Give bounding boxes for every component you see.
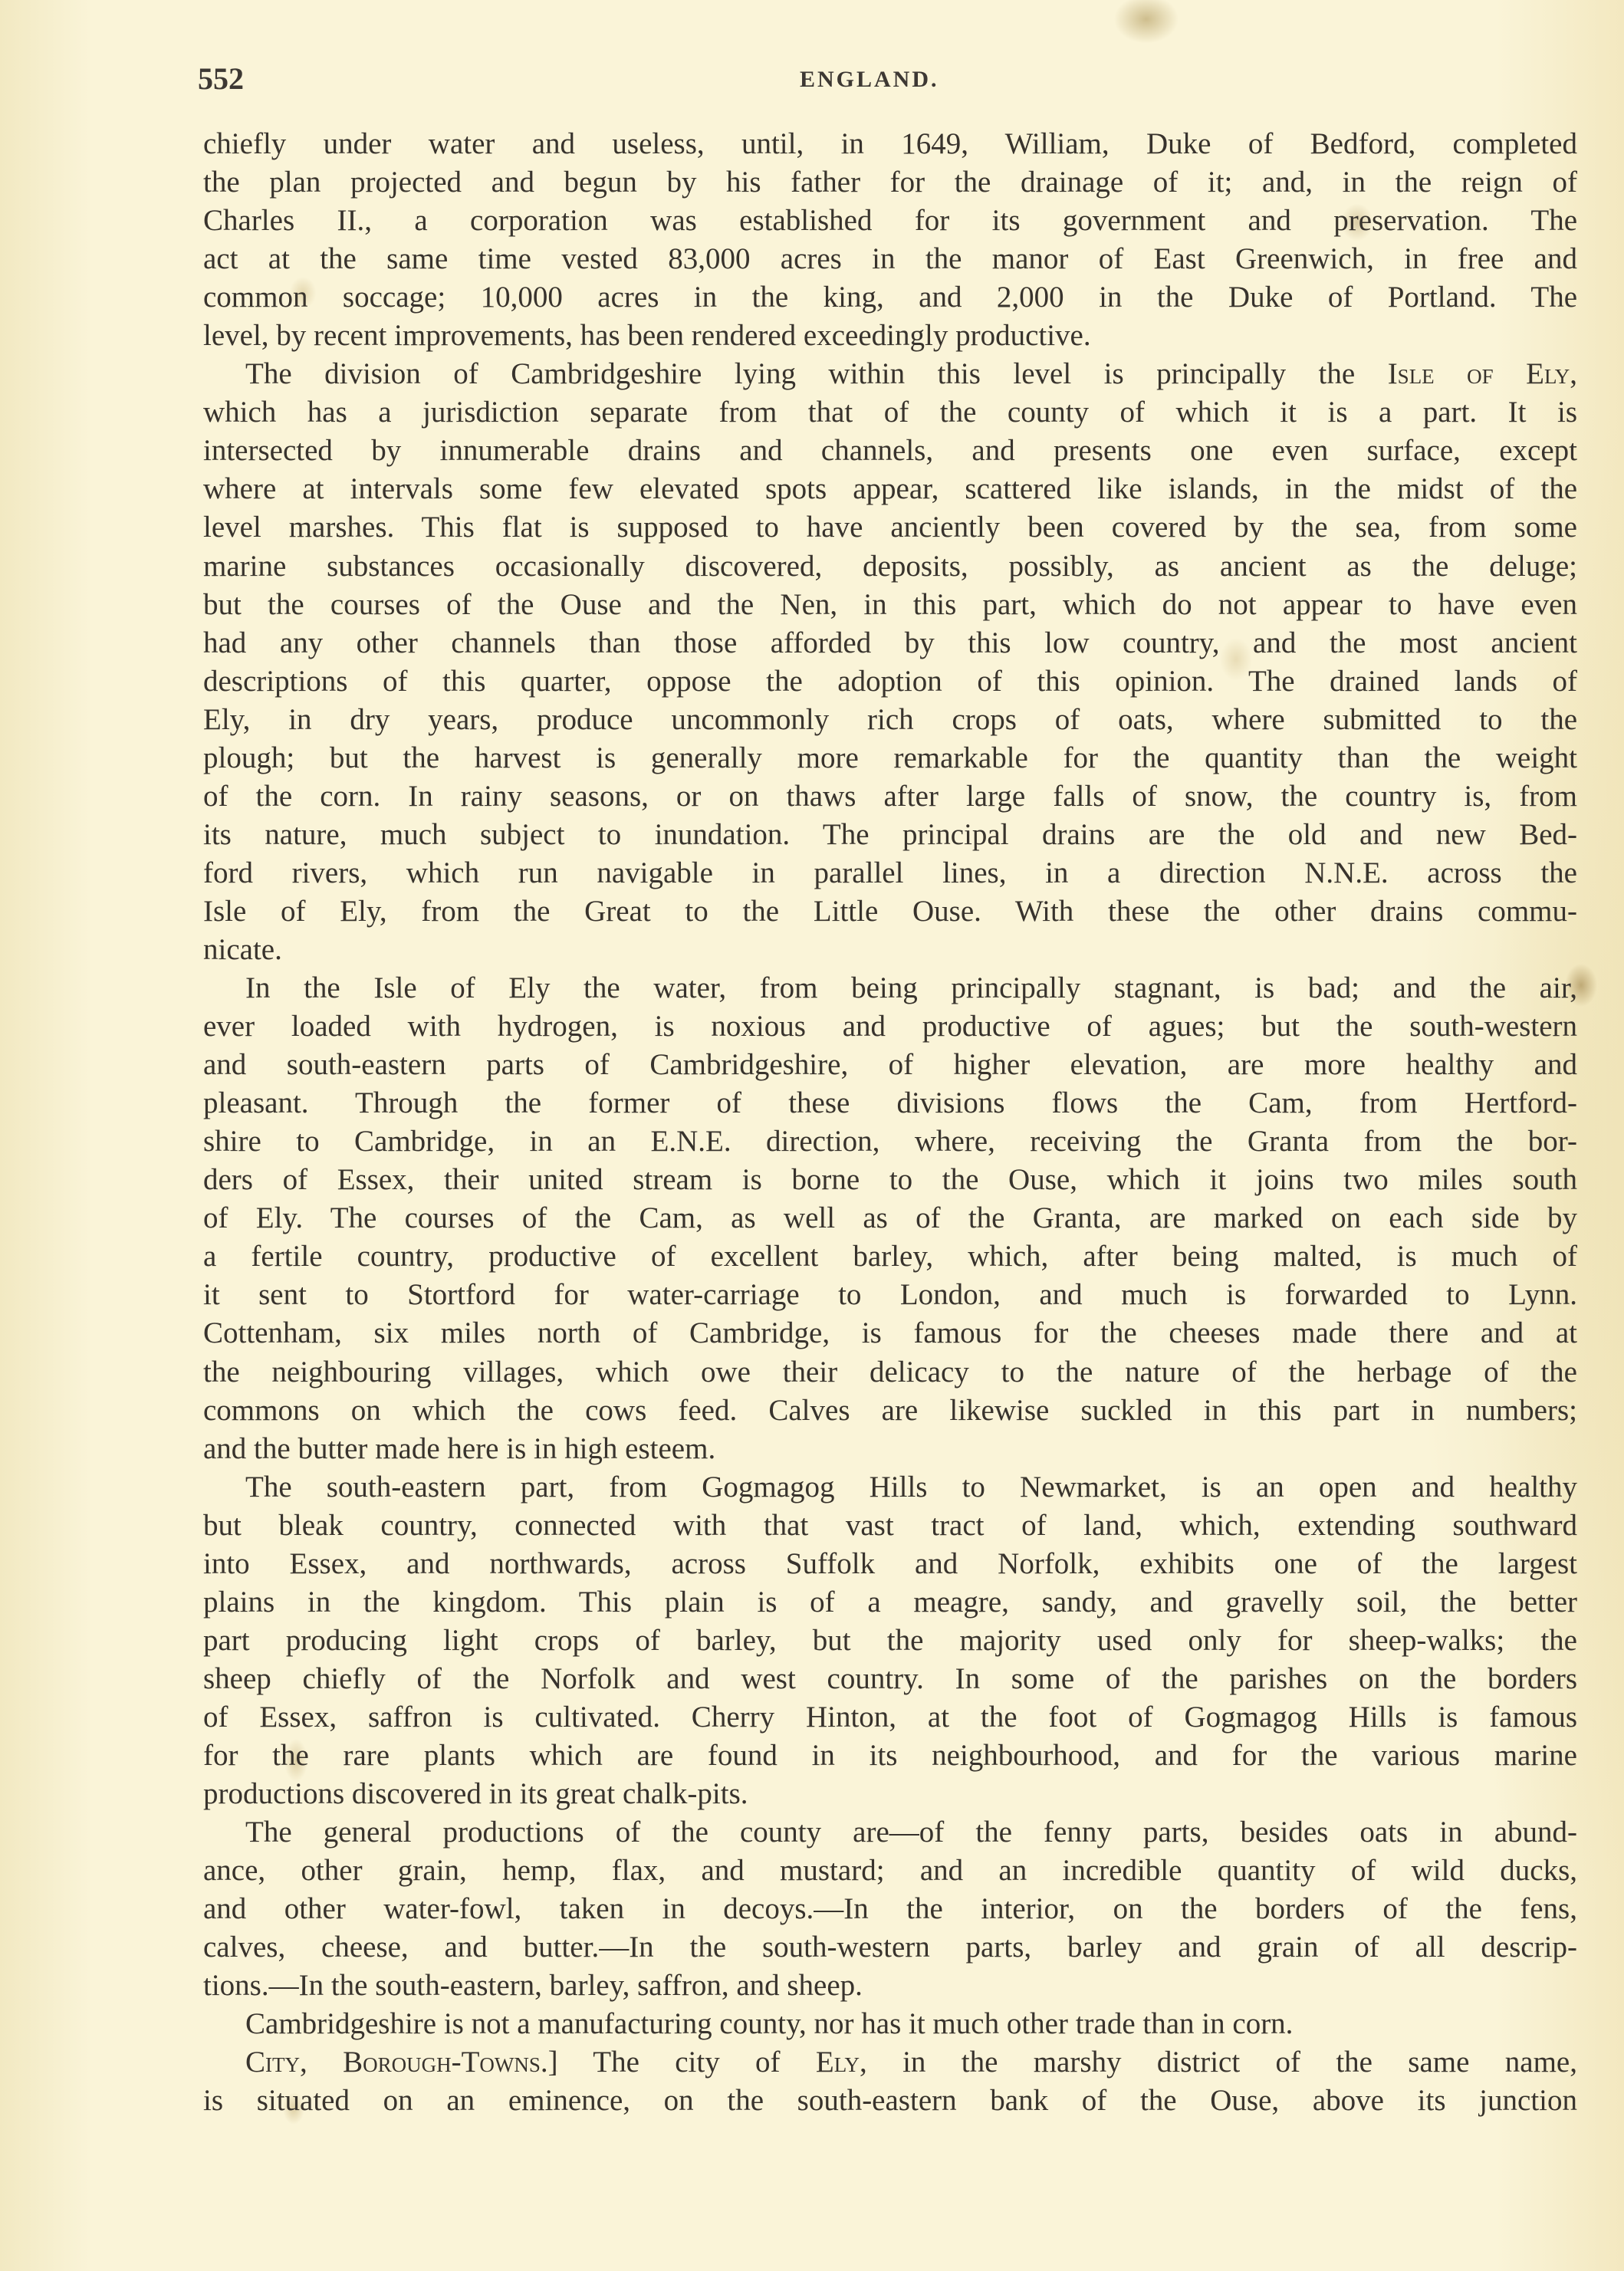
text-line: Isle of Ely, from the Great to the Littl… (203, 892, 1577, 931)
line-text: calves, cheese, and butter.—In the south… (203, 1931, 1577, 1964)
line-text: and the butter made here is in high este… (203, 1432, 715, 1465)
text-line: of Essex, saffron is cultivated. Cherry … (203, 1698, 1577, 1737)
text-line: of Ely. The courses of the Cam, as well … (203, 1199, 1577, 1237)
line-text: pleasant. Through the former of these di… (203, 1086, 1577, 1119)
text-line: ford rivers, which run navigable in para… (203, 854, 1577, 892)
text-line: common soccage; 10,000 acres in the king… (203, 278, 1577, 317)
line-text: level, by recent improvements, has been … (203, 319, 1091, 352)
text-line: the plan projected and begun by his fath… (203, 163, 1577, 202)
text-line: but bleak country, connected with that v… (203, 1507, 1577, 1545)
line-text: is situated on an eminence, on the south… (203, 2084, 1577, 2117)
text-line: chiefly under water and useless, until, … (203, 125, 1577, 163)
running-head: 552 ENGLAND. (198, 60, 1578, 98)
text-line: nicate. (203, 931, 1577, 969)
line-text: ance, other grain, hemp, flax, and musta… (203, 1854, 1577, 1887)
text-line: plough; but the harvest is generally mor… (203, 739, 1577, 777)
text-line: but the courses of the Ouse and the Nen,… (203, 586, 1577, 624)
text-line: its nature, much subject to inundation. … (203, 816, 1577, 854)
smallcaps-term: Ely (816, 2046, 860, 2079)
text-line: The general productions of the county ar… (203, 1813, 1577, 1852)
line-text: intersected by innumerable drains and ch… (203, 434, 1577, 467)
text-line: The division of Cambridgeshire lying wit… (203, 355, 1577, 393)
text-line: for the rare plants which are found in i… (203, 1737, 1577, 1775)
line-text: In the Isle of Ely the water, from being… (245, 971, 1577, 1004)
line-text: common soccage; 10,000 acres in the king… (203, 281, 1577, 314)
text-line: descriptions of this quarter, oppose the… (203, 662, 1577, 701)
text-line: into Essex, and northwards, across Suffo… (203, 1545, 1577, 1583)
text-line: and other water-fowl, taken in decoys.—I… (203, 1890, 1577, 1928)
line-text: into Essex, and northwards, across Suffo… (203, 1547, 1577, 1580)
line-text: descriptions of this quarter, oppose the… (203, 665, 1577, 698)
line-text: The division of Cambridgeshire lying wit… (245, 357, 1388, 390)
line-text: which has a jurisdiction separate from t… (203, 396, 1577, 429)
text-line: where at intervals some few elevated spo… (203, 470, 1577, 508)
line-text: the neighbouring villages, which owe the… (203, 1356, 1577, 1389)
line-text: marine substances occasionally discovere… (203, 550, 1577, 583)
text-line: had any other channels than those afford… (203, 624, 1577, 662)
text-line: a fertile country, productive of excelle… (203, 1237, 1577, 1276)
text-line: and the butter made here is in high este… (203, 1430, 1577, 1468)
text-line: commons on which the cows feed. Calves a… (203, 1392, 1577, 1430)
text-line: Cambridgeshire is not a manufacturing co… (203, 2005, 1577, 2043)
line-text: plains in the kingdom. This plain is of … (203, 1586, 1577, 1619)
line-text: but the courses of the Ouse and the Nen,… (203, 588, 1577, 621)
line-text: part producing light crops of barley, bu… (203, 1624, 1577, 1657)
line-text: plough; but the harvest is generally mor… (203, 741, 1577, 774)
scanned-page: 552 ENGLAND. chiefly under water and use… (0, 0, 1624, 2271)
text-line: marine substances occasionally discovere… (203, 547, 1577, 586)
text-line: level marshes. This flat is supposed to … (203, 508, 1577, 547)
text-line: tions.—In the south-eastern, barley, saf… (203, 1967, 1577, 2005)
text-line: City, Borough-Towns.] The city of Ely, i… (203, 2043, 1577, 2082)
text-line: Charles II., a corporation was establish… (203, 202, 1577, 240)
line-text: The south-eastern part, from Gogmagog Hi… (245, 1471, 1577, 1504)
line-text: ever loaded with hydrogen, is noxious an… (203, 1010, 1577, 1043)
line-text: , in the marshy district of the same nam… (860, 2046, 1577, 2079)
line-text: nicate. (203, 933, 282, 966)
smallcaps-term: Isle of Ely (1388, 357, 1570, 390)
line-text: , (1570, 357, 1577, 390)
line-text: The city of (558, 2046, 816, 2079)
text-line: productions discovered in its great chal… (203, 1775, 1577, 1813)
text-line: shire to Cambridge, in an E.N.E. directi… (203, 1122, 1577, 1161)
text-line: intersected by innumerable drains and ch… (203, 432, 1577, 470)
line-text: and other water-fowl, taken in decoys.—I… (203, 1892, 1577, 1925)
line-text: level marshes. This flat is supposed to … (203, 511, 1577, 544)
line-text: ford rivers, which run navigable in para… (203, 856, 1577, 889)
text-line: pleasant. Through the former of these di… (203, 1084, 1577, 1122)
line-text: for the rare plants which are found in i… (203, 1739, 1577, 1772)
line-text: of the corn. In rainy seasons, or on tha… (203, 780, 1577, 813)
body-text: chiefly under water and useless, until, … (203, 125, 1577, 2120)
text-line: of the corn. In rainy seasons, or on tha… (203, 777, 1577, 816)
line-text: shire to Cambridge, in an E.N.E. directi… (203, 1125, 1577, 1158)
text-line: which has a jurisdiction separate from t… (203, 393, 1577, 432)
line-text: Cambridgeshire is not a manufacturing co… (245, 2007, 1293, 2040)
line-text: tions.—In the south-eastern, barley, saf… (203, 1969, 863, 2002)
text-line: sheep chiefly of the Norfolk and west co… (203, 1660, 1577, 1698)
text-line: it sent to Stortford for water-carriage … (203, 1276, 1577, 1314)
line-text: and south-eastern parts of Cambridgeshir… (203, 1048, 1577, 1081)
page-number: 552 (198, 60, 244, 98)
text-line: part producing light crops of barley, bu… (203, 1622, 1577, 1660)
text-line: calves, cheese, and butter.—In the south… (203, 1928, 1577, 1967)
line-text: productions discovered in its great chal… (203, 1777, 748, 1810)
text-line: is situated on an eminence, on the south… (203, 2082, 1577, 2120)
line-text: it sent to Stortford for water-carriage … (203, 1278, 1577, 1311)
text-line: the neighbouring villages, which owe the… (203, 1353, 1577, 1392)
text-line: The south-eastern part, from Gogmagog Hi… (203, 1468, 1577, 1507)
line-text: ders of Essex, their united stream is bo… (203, 1163, 1577, 1196)
text-line: act at the same time vested 83,000 acres… (203, 240, 1577, 278)
text-line: and south-eastern parts of Cambridgeshir… (203, 1046, 1577, 1084)
line-text: had any other channels than those afford… (203, 626, 1577, 659)
line-text: Ely, in dry years, produce uncommonly ri… (203, 703, 1577, 736)
text-line: Cottenham, six miles north of Cambridge,… (203, 1314, 1577, 1352)
line-text: of Essex, saffron is cultivated. Cherry … (203, 1701, 1577, 1734)
text-line: ance, other grain, hemp, flax, and musta… (203, 1852, 1577, 1890)
line-text: Isle of Ely, from the Great to the Littl… (203, 895, 1577, 928)
line-text: but bleak country, connected with that v… (203, 1509, 1577, 1542)
line-text: Cottenham, six miles north of Cambridge,… (203, 1316, 1577, 1349)
line-text: commons on which the cows feed. Calves a… (203, 1394, 1577, 1427)
section-heading-smallcaps: City, Borough-Towns.] (245, 2046, 558, 2079)
text-line: level, by recent improvements, has been … (203, 317, 1577, 355)
line-text: chiefly under water and useless, until, … (203, 127, 1577, 160)
text-line: In the Isle of Ely the water, from being… (203, 969, 1577, 1007)
text-line: Ely, in dry years, produce uncommonly ri… (203, 701, 1577, 739)
line-text: Charles II., a corporation was establish… (203, 204, 1577, 237)
line-text: its nature, much subject to inundation. … (203, 818, 1577, 851)
text-line: plains in the kingdom. This plain is of … (203, 1583, 1577, 1622)
line-text: the plan projected and begun by his fath… (203, 166, 1577, 199)
line-text: sheep chiefly of the Norfolk and west co… (203, 1662, 1577, 1695)
line-text: a fertile country, productive of excelle… (203, 1240, 1577, 1273)
text-line: ever loaded with hydrogen, is noxious an… (203, 1007, 1577, 1046)
line-text: where at intervals some few elevated spo… (203, 472, 1577, 505)
running-title: ENGLAND. (800, 63, 939, 97)
text-line: ders of Essex, their united stream is bo… (203, 1161, 1577, 1199)
line-text: act at the same time vested 83,000 acres… (203, 242, 1577, 275)
line-text: The general productions of the county ar… (245, 1816, 1577, 1849)
line-text: of Ely. The courses of the Cam, as well … (203, 1201, 1577, 1234)
